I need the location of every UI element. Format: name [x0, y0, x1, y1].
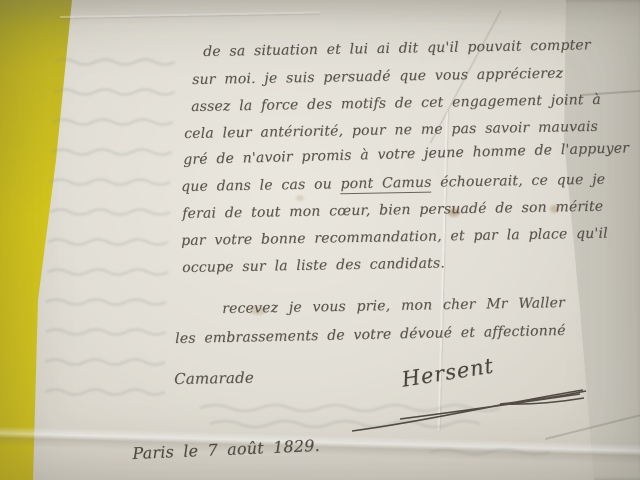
photo-of-letter: de sa situation et lui ai dit qu'il pouv…	[0, 0, 640, 480]
photo-vignette	[0, 0, 640, 480]
